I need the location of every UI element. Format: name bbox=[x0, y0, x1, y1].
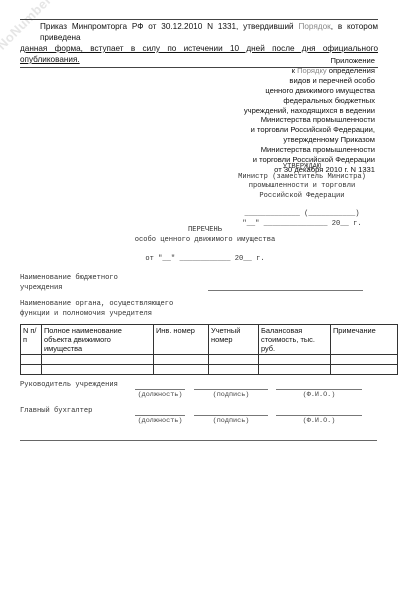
table-cell[interactable] bbox=[209, 365, 259, 375]
accountant-name-line[interactable] bbox=[276, 415, 362, 416]
accountant-name-caption: (Ф.И.О.) bbox=[276, 417, 362, 425]
institution-label-line: учреждения bbox=[20, 284, 118, 294]
document-subtitle: особо ценного движимого имущества bbox=[90, 236, 320, 244]
institution-label: Наименование бюджетного учреждения bbox=[20, 274, 118, 293]
organ-label: Наименование органа, осуществляющего фун… bbox=[20, 300, 173, 319]
accountant-label: Главный бухгалтер bbox=[20, 407, 92, 417]
approval-line: Российской Федерации bbox=[222, 192, 382, 202]
table-cell[interactable] bbox=[259, 365, 331, 375]
appendix-line: утвержденному Приказом bbox=[175, 135, 375, 145]
table-cell[interactable] bbox=[21, 365, 42, 375]
table-header-row: N п/п Полное наименование объекта движим… bbox=[21, 325, 398, 355]
head-position-line[interactable] bbox=[135, 389, 185, 390]
organ-label-line: функции и полномочия учредителя bbox=[20, 310, 173, 320]
approval-signature-line: _____________ (___________) bbox=[222, 210, 382, 220]
appendix-text: определения bbox=[327, 66, 375, 75]
approval-line: Министр (заместитель Министра) bbox=[222, 173, 382, 183]
table-row bbox=[21, 355, 398, 365]
document-title: ПЕРЕЧЕНЬ bbox=[90, 226, 320, 234]
table-cell[interactable] bbox=[209, 355, 259, 365]
header-note: Примечание bbox=[331, 325, 398, 355]
institution-input-line[interactable] bbox=[208, 290, 363, 291]
head-name-caption: (Ф.И.О.) bbox=[276, 391, 362, 399]
appendix-line: к Порядку определения bbox=[175, 66, 375, 76]
appendix-title: Приложение bbox=[175, 56, 375, 66]
table-cell[interactable] bbox=[331, 365, 398, 375]
appendix-line: видов и перечней особо bbox=[175, 76, 375, 86]
procedure-link[interactable]: Порядку bbox=[297, 66, 327, 75]
appendix-line: и торговли Российской Федерации, bbox=[175, 125, 375, 135]
accountant-signature-caption: (подпись) bbox=[194, 417, 268, 425]
head-signature-caption: (подпись) bbox=[194, 391, 268, 399]
property-table: N п/п Полное наименование объекта движим… bbox=[20, 324, 398, 375]
notice-text: Приказ Минпромторга РФ от 30.12.2010 N 1… bbox=[40, 22, 298, 31]
bottom-divider bbox=[20, 440, 377, 441]
head-label: Руководитель учреждения bbox=[20, 381, 118, 391]
approval-title: УТВЕРЖДАЮ bbox=[222, 163, 382, 173]
table-cell[interactable] bbox=[331, 355, 398, 365]
institution-label-line: Наименование бюджетного bbox=[20, 274, 118, 284]
header-book-value: Балансовая стоимость, тыс. руб. bbox=[259, 325, 331, 355]
header-inventory-number: Инв. номер bbox=[154, 325, 209, 355]
head-position-caption: (должность) bbox=[135, 391, 185, 399]
head-name-line[interactable] bbox=[276, 389, 362, 390]
appendix-line: Министерства промышленности bbox=[175, 115, 375, 125]
order-link[interactable]: Порядок bbox=[298, 22, 330, 31]
appendix-line: федеральных бюджетных bbox=[175, 96, 375, 106]
table-cell[interactable] bbox=[154, 355, 209, 365]
organ-label-line: Наименование органа, осуществляющего bbox=[20, 300, 173, 310]
table-cell[interactable] bbox=[21, 355, 42, 365]
approval-block: УТВЕРЖДАЮ Министр (заместитель Министра)… bbox=[222, 163, 382, 229]
accountant-position-line[interactable] bbox=[135, 415, 185, 416]
table-cell[interactable] bbox=[259, 355, 331, 365]
header-account-number: Учетный номер bbox=[209, 325, 259, 355]
appendix-line: Министерства промышленности bbox=[175, 145, 375, 155]
table-cell[interactable] bbox=[154, 365, 209, 375]
notice-line-1: Приказ Минпромторга РФ от 30.12.2010 N 1… bbox=[20, 21, 378, 43]
accountant-signature-line[interactable] bbox=[194, 415, 268, 416]
table-row bbox=[21, 365, 398, 375]
appendix-line: учреждений, находящихся в ведении bbox=[175, 106, 375, 116]
table-cell[interactable] bbox=[42, 365, 154, 375]
appendix-line: ценного движимого имущества bbox=[175, 86, 375, 96]
approval-line: промышленности и торговли bbox=[222, 182, 382, 192]
header-full-name: Полное наименование объекта движимого им… bbox=[42, 325, 154, 355]
document-date-line: от "__" ____________ 20__ г. bbox=[90, 255, 320, 263]
appendix-block: Приложение к Порядку определения видов и… bbox=[175, 56, 375, 175]
table-cell[interactable] bbox=[42, 355, 154, 365]
accountant-position-caption: (должность) bbox=[135, 417, 185, 425]
header-number: N п/п bbox=[21, 325, 42, 355]
head-signature-line[interactable] bbox=[194, 389, 268, 390]
